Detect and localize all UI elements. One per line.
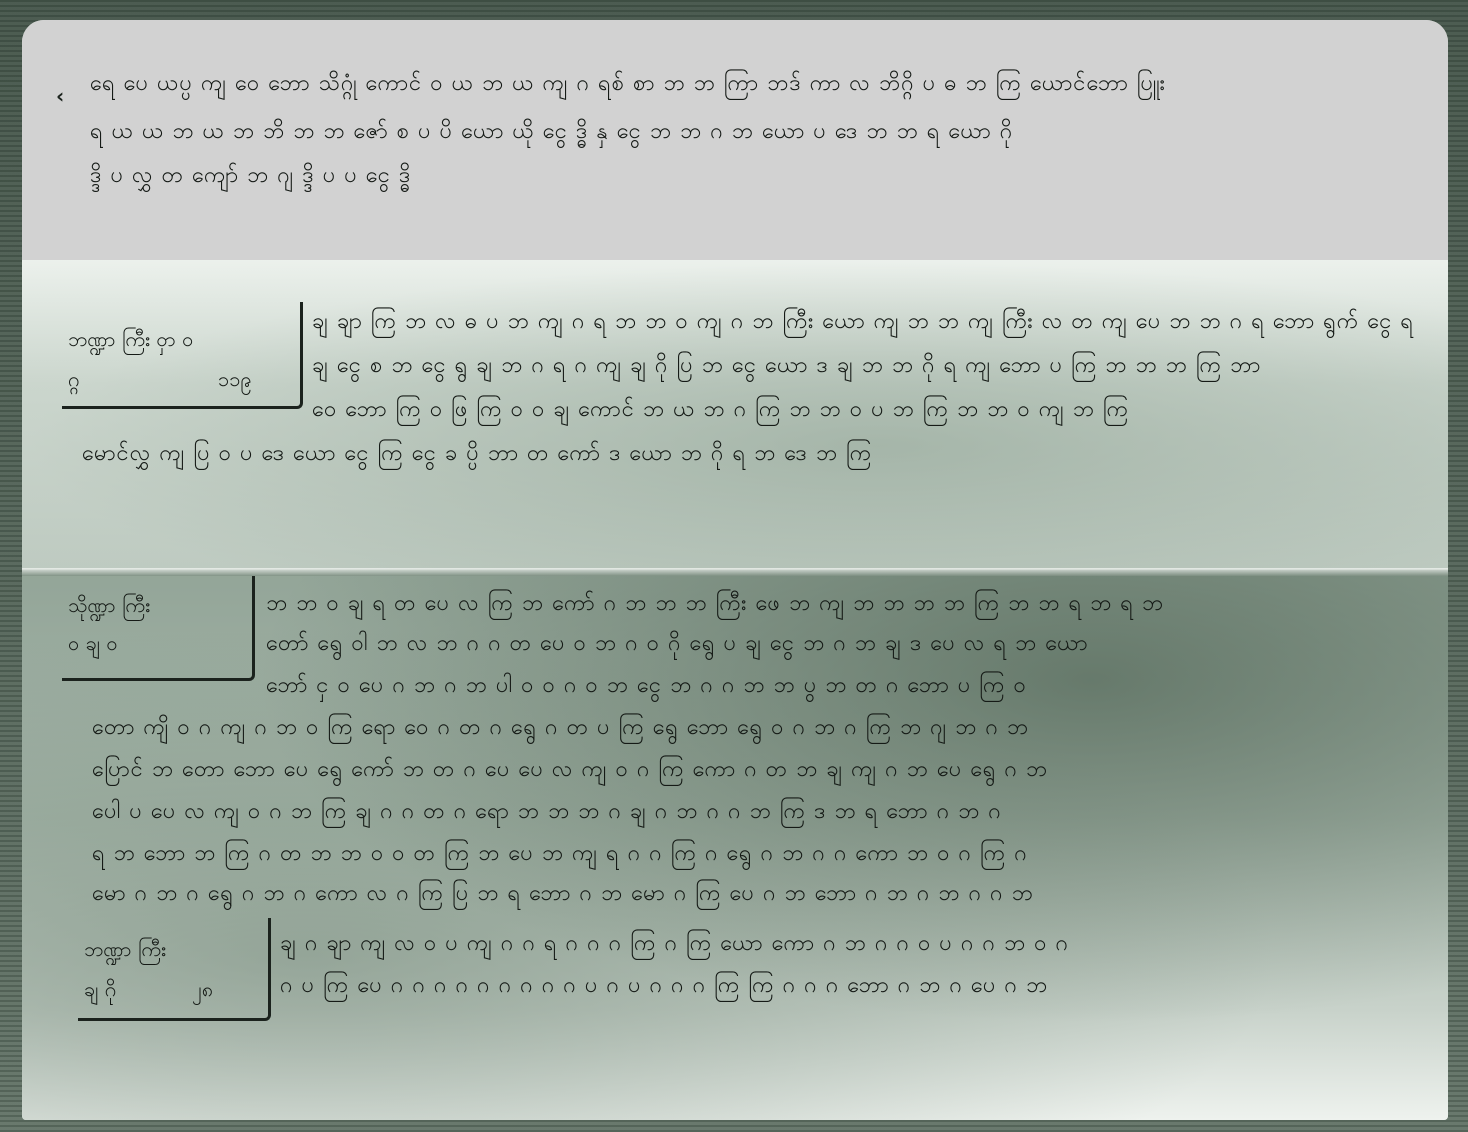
entry-line: ဝေ ဘော ကြ ဝ ဖြ ကြ ဝ ဝ ချ ကောင် ဘ ယ ဘ ဂ က… bbox=[312, 394, 1422, 427]
entry-line: ပြောင် ဘ တော ဘော ပေ ရွေ ကော် ဘ တ ဂ ပေ ပေ… bbox=[92, 754, 1422, 787]
header-line: ရ ယ ယ ဘ ယ ဘ ဘိ ဘ ဘ ဇော် စ ပ ပိ ယော ယို င… bbox=[90, 116, 1290, 149]
manuscript-sheet: ‹ ရေ ပေ ယပ္ပ ကျ ဝေ ဘော သိဂ္ဂုံ ကောင် ဝ ယ… bbox=[22, 20, 1448, 1120]
entry-line: ဂ ပ ကြ ပေ ဂ ဂ ဂ ဂ ဂ ဂ ဂ ဂ ဂ ပ ဂ ပ ဂ ဂ ဂ … bbox=[280, 970, 1440, 1003]
entry-line: ချ ချာ ကြ ဘ လ ဓ ပ ဘ ကျ ဂ ရ ဘ ဘ ဝ ကျ ဂ ဘ … bbox=[312, 306, 1422, 339]
entry-label: သိုဏ္ဍာ ကြီး bbox=[68, 592, 150, 622]
entry-line: ချ ငွေ စ ဘ ငွေ ရွ ချ ဘ ဂ ရ ဂ ကျ ချ ဂို ပ… bbox=[312, 350, 1422, 383]
entry-number: ၂၈ bbox=[192, 976, 213, 1006]
entry-line: ဘ ဘ ဝ ချ ရ တ ပေ လ ကြ ဘ ကော် ဂ ဘ ဘ ဘ ကြီး… bbox=[266, 588, 1426, 621]
entry-line: ပေါ ပ ပေ လ ကျ ဝ ဂ ဘ ကြ ချ ဂ ဂ တ ဂ ရော ဘ … bbox=[92, 796, 1422, 829]
entry-line: တော ကျိ ဝ ဂ ကျ ဂ ဘ ဝ ကြ ရော ဝေ ဂ တ ဂ ရွေ… bbox=[92, 712, 1422, 745]
entry-line: မောင်လွှ ကျ ပြ ဝ ပ ဒေ ယော ငွေ ကြ ငွေ ခ ပ… bbox=[82, 438, 982, 471]
entry-label: ဘဏ္ဍာ ကြီး ဝှာ ဝ bbox=[68, 326, 193, 356]
entry-line: တော် ရွေ ဝါ ဘ လ ဘ ဂ ဂ တ ပေ ဝ ဘ ဂ ဝ ဂို ရ… bbox=[266, 628, 1426, 661]
entry-label-sub: ဝ ချ ဝ bbox=[68, 630, 118, 660]
entry-line: ရ ဘ ဘော ဘ ကြ ဂ တ ဘ ဘ ဝ ဝ တ ကြ ဘ ပေ ဘ ကျ … bbox=[92, 838, 1422, 871]
entry-label-sub: ဂ္ဂ bbox=[68, 366, 79, 396]
page-fold-line bbox=[22, 568, 1448, 576]
header-line: ဒ္ဒိ ပ လွှ တ ကျော် ဘ ဂျ ဒ္ဒိ ပ ပ ငွေ ဒ္ဓ… bbox=[90, 160, 510, 193]
entry-number: ၁၁၉ bbox=[218, 366, 252, 396]
entry-label: ဘဏ္ဍာ ကြီး bbox=[84, 936, 166, 966]
entry-line: မော ဂ ဘ ဂ ရွေ ဂ ဘ ဂ ကော လ ဂ ကြ ပြ ဘ ရ ဘေ… bbox=[92, 878, 1422, 911]
entry-line: ဘော် ငှ ဝ ပေ ဂ ဘ ဂ ဘ ပါ ဝ ဝ ဂ ဝ ဘ ငွေ ဘ … bbox=[266, 670, 1426, 703]
margin-mark: ‹ bbox=[56, 84, 64, 108]
header-line: ရေ ပေ ယပ္ပ ကျ ဝေ ဘော သိဂ္ဂုံ ကောင် ဝ ယ ဘ… bbox=[90, 68, 1420, 101]
entry-label-sub: ချ ဂို bbox=[84, 976, 116, 1006]
entry-line: ချ ဂ ချာ ကျ လ ဝ ပ ကျ ဂ ဂ ရ ဂ ဂ ဂ ကြ ဂ ကြ… bbox=[280, 928, 1280, 961]
